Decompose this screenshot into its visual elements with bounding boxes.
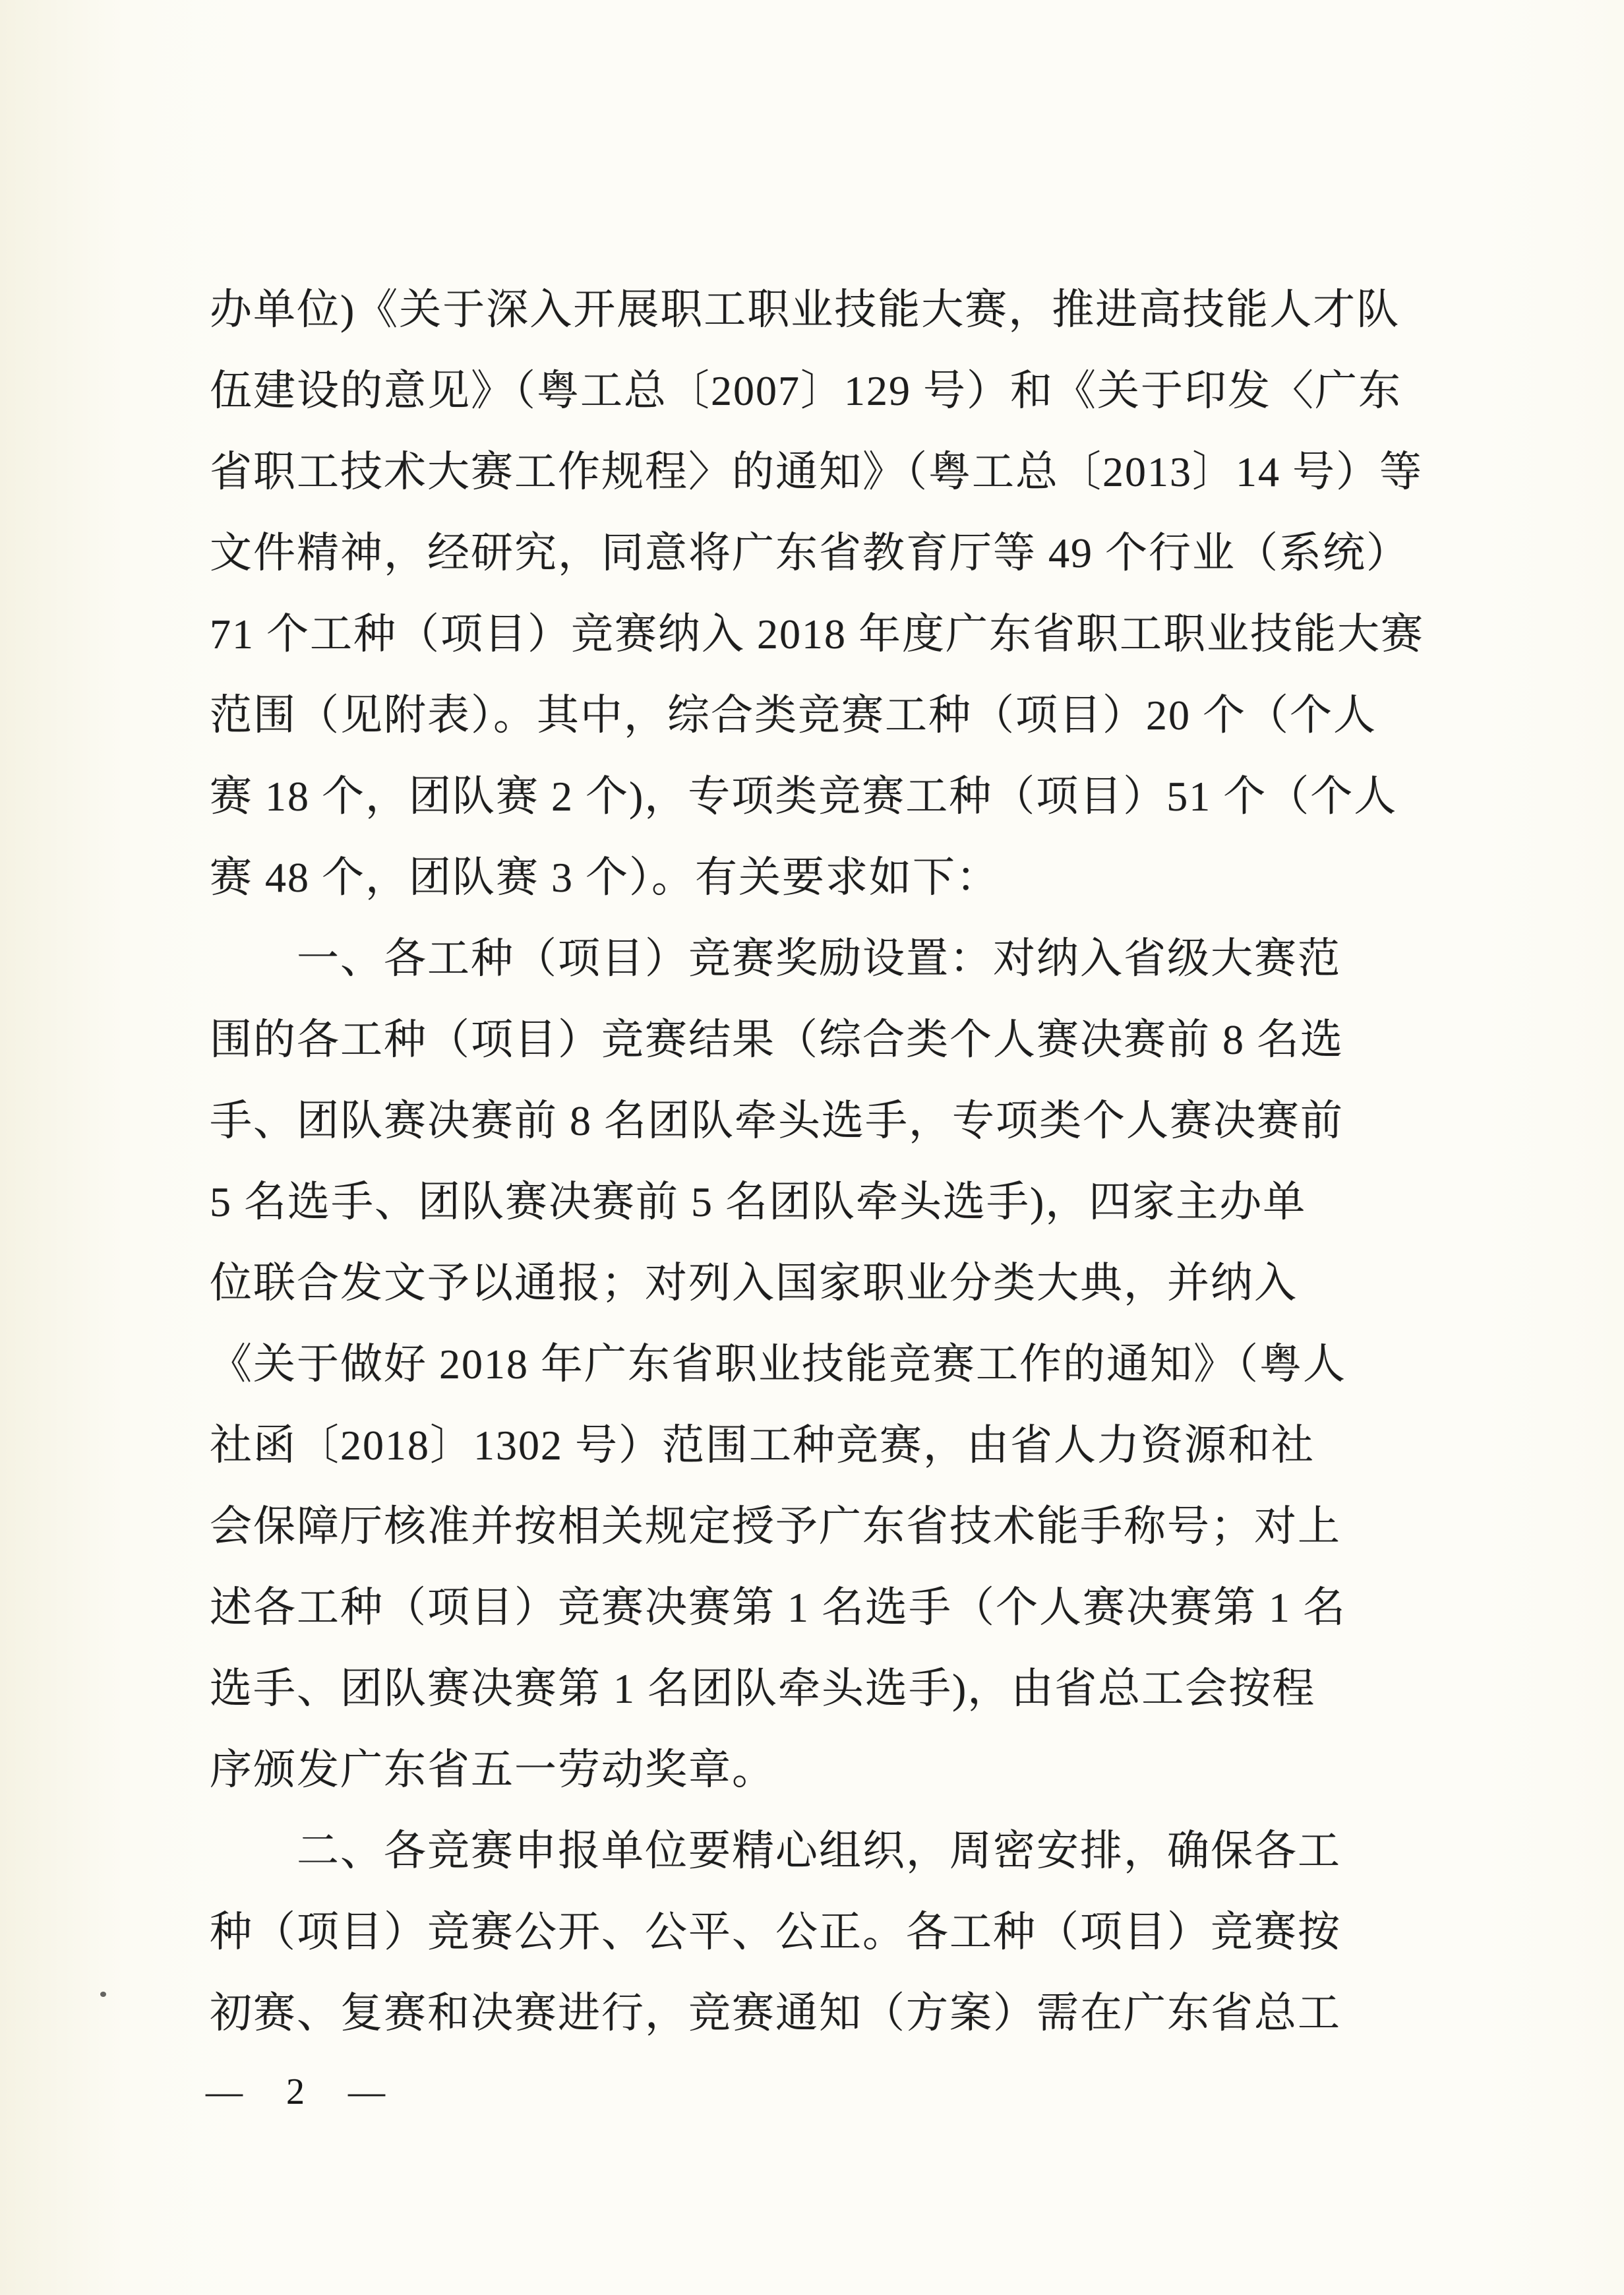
scanned-document-page: 办单位)《关于深入开展职工职业技能大赛，推进高技能人才队 伍建设的意见》（粤工总… <box>0 0 1624 2295</box>
doc-line: 《关于做好 2018 年广东省职业技能竞赛工作的通知》（粤人 <box>210 1324 1436 1405</box>
doc-line: 会保障厅核准并按相关规定授予广东省技术能手称号；对上 <box>210 1486 1436 1567</box>
doc-line: 初赛、复赛和决赛进行，竞赛通知（方案）需在广东省总工 <box>210 1973 1436 2054</box>
doc-line: 赛 18 个，团队赛 2 个)，专项类竞赛工种（项目）51 个（个人 <box>210 756 1436 837</box>
doc-line-paragraph-start: 二、各竞赛申报单位要精心组织，周密安排，确保各工 <box>210 1810 1436 1891</box>
doc-line: 位联合发文予以通报；对列入国家职业分类大典，并纳入 <box>210 1242 1436 1324</box>
doc-line-paragraph-start: 一、各工种（项目）竞赛奖励设置：对纳入省级大赛范 <box>210 918 1436 999</box>
doc-line: 选手、团队赛决赛第 1 名团队牵头选手)，由省总工会按程 <box>210 1648 1436 1729</box>
doc-line: 述各工种（项目）竞赛决赛第 1 名选手（个人赛决赛第 1 名 <box>210 1567 1436 1648</box>
page-number: — 2 — <box>206 2071 402 2113</box>
doc-line: 办单位)《关于深入开展职工职业技能大赛，推进高技能人才队 <box>210 269 1436 350</box>
doc-line: 赛 48 个，团队赛 3 个）。有关要求如下： <box>210 837 1436 918</box>
doc-line: 序颁发广东省五一劳动奖章。 <box>210 1729 1436 1810</box>
document-body: 办单位)《关于深入开展职工职业技能大赛，推进高技能人才队 伍建设的意见》（粤工总… <box>210 269 1436 2054</box>
doc-line: 71 个工种（项目）竞赛纳入 2018 年度广东省职工职业技能大赛 <box>210 594 1436 675</box>
doc-line: 围的各工种（项目）竞赛结果（综合类个人赛决赛前 8 名选 <box>210 999 1436 1080</box>
doc-line: 种（项目）竞赛公开、公平、公正。各工种（项目）竞赛按 <box>210 1891 1436 1973</box>
doc-line: 社函〔2018〕1302 号）范围工种竞赛，由省人力资源和社 <box>210 1405 1436 1486</box>
doc-line: 手、团队赛决赛前 8 名团队牵头选手，专项类个人赛决赛前 <box>210 1080 1436 1161</box>
doc-line: 省职工技术大赛工作规程〉的通知》（粤工总〔2013〕14 号）等 <box>210 431 1436 512</box>
doc-line: 5 名选手、团队赛决赛前 5 名团队牵头选手)，四家主办单 <box>210 1161 1436 1242</box>
doc-line: 范围（见附表）。其中，综合类竞赛工种（项目）20 个（个人 <box>210 675 1436 756</box>
stray-ink-dot <box>100 1992 106 1997</box>
doc-line: 伍建设的意见》（粤工总〔2007〕129 号）和《关于印发〈广东 <box>210 350 1436 431</box>
doc-line: 文件精神，经研究，同意将广东省教育厅等 49 个行业（系统） <box>210 512 1436 594</box>
